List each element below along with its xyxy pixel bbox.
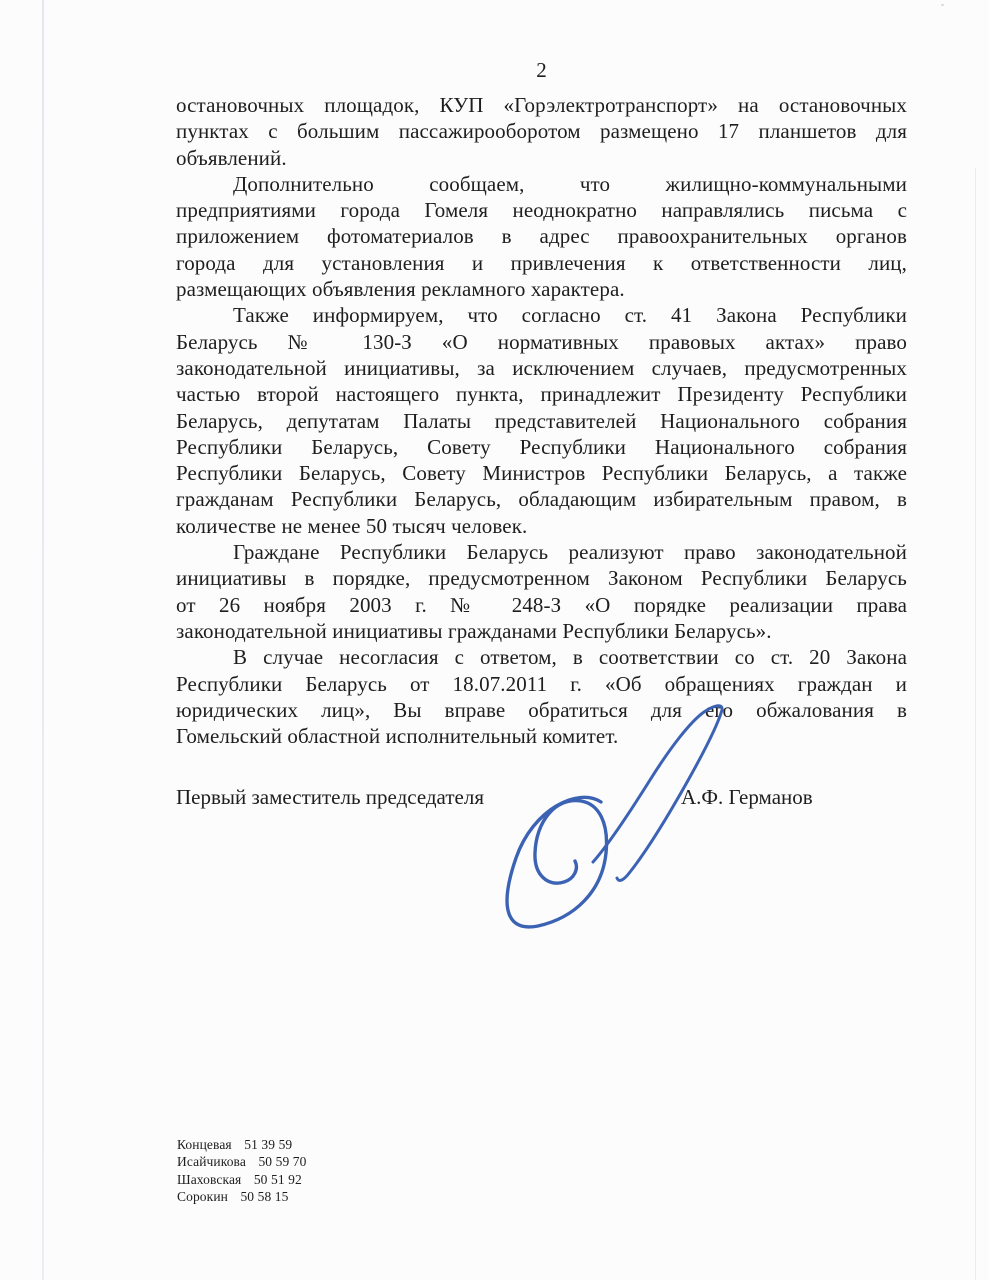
- contact-row: Концевая 51 39 59: [177, 1136, 307, 1153]
- text-line: В случае несогласия с ответом, в соответ…: [176, 644, 907, 670]
- text-line: инициативы в порядке, предусмотренном За…: [176, 565, 907, 591]
- page-number: 2: [176, 57, 907, 83]
- text-line: Республики Беларусь от 18.07.2011 г. «Об…: [176, 671, 907, 697]
- contact-phone: 50 51 92: [254, 1171, 302, 1188]
- paragraph: Дополнительно сообщаем, что жилищно-комм…: [176, 171, 907, 302]
- paragraph: Также информируем, что согласно ст. 41 З…: [176, 302, 907, 539]
- scanned-letter-page: 2 остановочных площадок, КУП «Горэлектро…: [0, 0, 989, 1280]
- text-line: юридических лиц», Вы вправе обратиться д…: [176, 697, 907, 723]
- text-line: законодательной инициативы, за исключени…: [176, 355, 907, 381]
- text-line: от 26 ноября 2003 г. № 248-З «О порядке …: [176, 592, 907, 618]
- text-line: Беларусь № 130-З «О нормативных правовых…: [176, 329, 907, 355]
- text-line: Дополнительно сообщаем, что жилищно-комм…: [176, 171, 907, 197]
- signer-role: Первый заместитель председателя: [176, 784, 484, 810]
- contact-name: Концевая: [177, 1136, 232, 1153]
- text-line: объявлений.: [176, 145, 907, 171]
- text-line: размещающих объявления рекламного характ…: [176, 276, 907, 302]
- text-line: приложением фотоматериалов в адрес право…: [176, 223, 907, 249]
- paragraph: В случае несогласия с ответом, в соответ…: [176, 644, 907, 749]
- contact-name: Исайчикова: [177, 1153, 246, 1170]
- scan-speck: [941, 4, 944, 6]
- text-line: количестве не менее 50 тысяч человек.: [176, 513, 907, 539]
- contact-name: Сорокин: [177, 1188, 228, 1205]
- text-line: Беларусь, депутатам Палаты представителе…: [176, 408, 907, 434]
- signature-oval-stroke: [507, 797, 606, 927]
- text-line: законодательной инициативы гражданами Ре…: [176, 618, 907, 644]
- text-line: предприятиями города Гомеля неоднократно…: [176, 197, 907, 223]
- paragraph: Граждане Республики Беларусь реализуют п…: [176, 539, 907, 644]
- contact-phone: 50 59 70: [258, 1153, 306, 1170]
- text-line: частью второй настоящего пункта, принадл…: [176, 381, 907, 407]
- text-line: Граждане Республики Беларусь реализуют п…: [176, 539, 907, 565]
- text-line: Гомельский областной исполнительный коми…: [176, 723, 907, 749]
- letter-body: остановочных площадок, КУП «Горэлектротр…: [176, 92, 907, 749]
- paragraph-continuation: остановочных площадок, КУП «Горэлектротр…: [176, 92, 907, 171]
- contact-list: Концевая 51 39 59 Исайчикова 50 59 70 Ша…: [177, 1136, 307, 1205]
- text-line: остановочных площадок, КУП «Горэлектротр…: [176, 92, 907, 118]
- text-line: Республики Беларусь, Совету Республики Н…: [176, 434, 907, 460]
- contact-row: Исайчикова 50 59 70: [177, 1153, 307, 1170]
- text-line: гражданам Республики Беларусь, обладающи…: [176, 486, 907, 512]
- contact-name: Шаховская: [177, 1171, 241, 1188]
- signature-block: Первый заместитель председателя А.Ф. Гер…: [176, 784, 907, 814]
- signer-name: А.Ф. Германов: [681, 784, 813, 810]
- contact-row: Шаховская 50 51 92: [177, 1171, 307, 1188]
- text-line: Также информируем, что согласно ст. 41 З…: [176, 302, 907, 328]
- text-line: города для установления и привлечения к …: [176, 250, 907, 276]
- text-line: Республики Беларусь, Совету Министров Ре…: [176, 460, 907, 486]
- contact-row: Сорокин 50 58 15: [177, 1188, 307, 1205]
- scan-artifact-left-edge: [42, 0, 44, 1280]
- contact-phone: 51 39 59: [244, 1136, 292, 1153]
- contact-phone: 50 58 15: [240, 1188, 288, 1205]
- text-line: пунктах с большим пассажирооборотом разм…: [176, 118, 907, 144]
- scan-artifact-right-edge: [975, 168, 976, 1280]
